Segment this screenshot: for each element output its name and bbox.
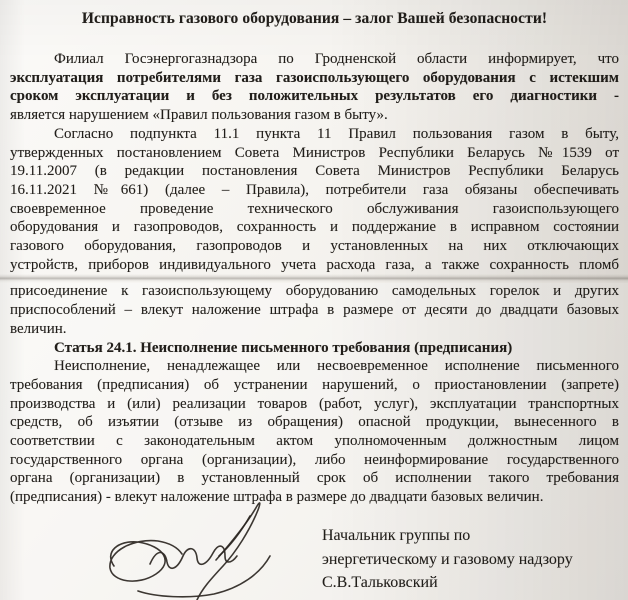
text-line: 16.11.2021 №661) (далее – Правила), потр… (10, 181, 619, 200)
document-title: Исправность газового оборудования – зало… (10, 8, 619, 29)
text-line: приспособлений – влекут наложение штрафа… (10, 301, 619, 320)
text-line: требования (предписания) об устранении н… (10, 376, 619, 395)
scan-fragment-1: Филиал Госэнергогазнадзора по Гродненско… (10, 50, 619, 274)
text-line: своевременное проведение технического об… (10, 200, 619, 219)
text-line: производства и (или) реализации товаров … (10, 395, 619, 414)
signatory-block: Начальник группы по энергетическому и га… (322, 524, 573, 595)
text-line: соответствии с законодательным актом упо… (10, 432, 619, 451)
text-line: Филиал Госэнергогазнадзора по Гродненско… (10, 50, 619, 69)
scan-seam (0, 274, 628, 282)
text-line: сроком эксплуатации и без положительных … (10, 87, 619, 106)
signatory-role-line-1: Начальник группы по (322, 524, 573, 548)
text-line: Согласно подпункта 11.1 пункта 11 Правил… (10, 125, 619, 144)
text-line: Неисполнение, ненадлежащее или несвоевре… (10, 357, 619, 376)
text-line: 19.11.2007 (в редакции постановления Сов… (10, 162, 619, 181)
text-line: государственного органа (организации), л… (10, 451, 619, 470)
text-line: Статья 24.1. Неисполнение письменного тр… (10, 339, 619, 358)
text-line: газового оборудования, газопроводов и ус… (10, 237, 619, 256)
document-body: Исправность газового оборудования – зало… (10, 8, 619, 507)
text-line: эксплуатация потребителями газа газоиспо… (10, 69, 619, 88)
text-line: величин. (10, 320, 619, 339)
scan-fragment-2: присоединение к газоиспользующему оборуд… (10, 282, 619, 506)
text-line: органа (организации) в установленный сро… (10, 469, 619, 488)
spacer (10, 29, 619, 50)
text-line: является нарушением «Правил пользования … (10, 106, 619, 125)
signatory-name: С.В.Тальковский (322, 571, 573, 595)
text-line: утвержденных постановлением Совета Минис… (10, 144, 619, 163)
text-line: устройств, приборов индивидуального учет… (10, 256, 619, 275)
text-line: оборудования и газопроводов, сохранность… (10, 218, 619, 237)
scanned-letter: Исправность газового оборудования – зало… (0, 0, 628, 600)
signature-icon (98, 496, 284, 600)
text-line: средств, об изъятии (отзыве из обращения… (10, 413, 619, 432)
signatory-role-line-2: энергетическому и газовому надзору (322, 548, 573, 572)
text-line: присоединение к газоиспользующему оборуд… (10, 282, 619, 301)
